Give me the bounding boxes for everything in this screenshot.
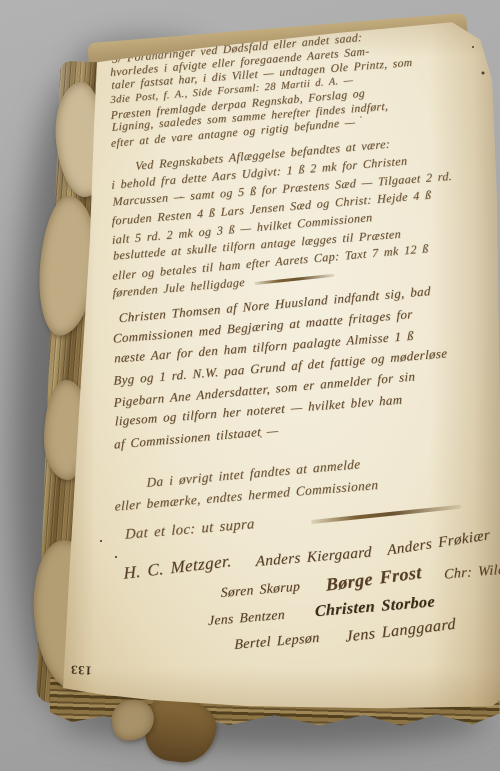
signatures-block: H. C. Metzger.Anders KiergaardAnders Frø… xyxy=(115,529,494,669)
pen-flourish xyxy=(311,504,461,523)
handwritten-text-block: 3/ Forandringer ved Dødsfald eller andet… xyxy=(110,21,494,669)
paragraph-petition: Christen Thomsen af Nore Huusland indfan… xyxy=(113,277,493,455)
signature: Chr: Wilde xyxy=(444,557,500,589)
signature: Bertel Lepsøn xyxy=(234,626,320,659)
ink-specks xyxy=(60,16,62,18)
signature: H. C. Metzger. xyxy=(123,548,232,587)
pen-flourish xyxy=(255,273,335,284)
manuscript-page: 3/ Forandringer ved Dødsfald eller andet… xyxy=(60,16,500,716)
paragraph-accounts: Ved Regnskabets Aflæggelse befandtes at … xyxy=(111,127,490,302)
photo-of-manuscript-book: 3/ Forandringer ved Dødsfald eller andet… xyxy=(0,0,500,771)
page-number-upside-down: 133 xyxy=(70,661,93,677)
dateline-label: Dat et loc: ut supra xyxy=(125,516,255,543)
